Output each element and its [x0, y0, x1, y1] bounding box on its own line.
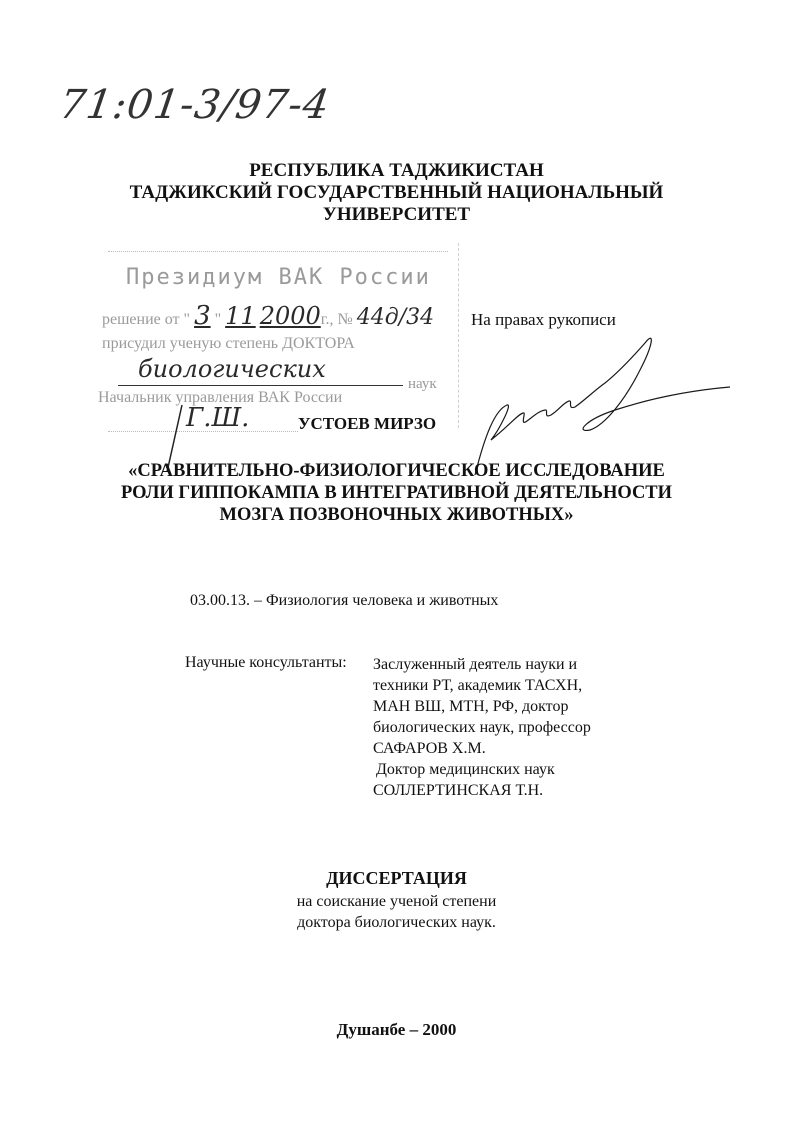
stamp-field: биологических — [138, 355, 326, 383]
specialty-code: 03.00.13. – Физиология человека и животн… — [190, 592, 498, 610]
header-country: РЕСПУБЛИКА ТАДЖИКИСТАН — [0, 160, 793, 182]
title-line-1: «СРАВНИТЕЛЬНО-ФИЗИОЛОГИЧЕСКОЕ ИССЛЕДОВАН… — [0, 460, 793, 482]
dissertation-title: ДИССЕРТАЦИЯ — [0, 868, 793, 889]
consultant-line: СОЛЛЕРТИНСКАЯ Т.Н. — [373, 780, 591, 801]
stamp-decision: решение от " 3 " 11 2000г., № 44д/34 — [102, 301, 434, 331]
header-university: ТАДЖИКСКИЙ ГОСУДАРСТВЕННЫЙ НАЦИОНАЛЬНЫЙ — [0, 182, 793, 204]
consultant-line: биологических наук, профессор — [373, 717, 591, 738]
header-university-cont: УНИВЕРСИТЕТ — [0, 204, 793, 226]
stamp-decision-prefix: решение от " — [102, 311, 190, 328]
consultants-list: Заслуженный деятель науки и техники РТ, … — [373, 654, 591, 801]
stamp-year-suffix: г., № — [321, 311, 353, 328]
stamp-quote: " — [215, 311, 222, 328]
stamp-number: 44д/34 — [357, 305, 434, 330]
dissertation-degree-line-2: доктора биологических наук. — [0, 913, 793, 933]
consultant-line: САФАРОВ Х.М. — [373, 738, 591, 759]
archive-number: 71:01-3/97-4 — [57, 82, 333, 128]
consultant-line: Заслуженный деятель науки и — [373, 654, 591, 675]
consultant-line: МАН ВШ, МТН, РФ, доктор — [373, 696, 591, 717]
stamp-field-suffix: наук — [408, 376, 437, 393]
title-line-2: РОЛИ ГИППОКАМПА В ИНТЕГРАТИВНОЙ ДЕЯТЕЛЬН… — [0, 482, 793, 504]
stamp-presidium: Президиум ВАК России — [126, 265, 431, 290]
stamp-month: 11 — [225, 302, 256, 330]
consultants-label: Научные консультанты: — [185, 654, 347, 672]
consultant-line: техники РТ, академик ТАСХН, — [373, 675, 591, 696]
vak-stamp: Президиум ВАК России решение от " 3 " 11… — [98, 243, 459, 428]
consultant-line: Доктор медицинских наук — [373, 759, 591, 780]
stamp-day: 3 — [194, 301, 211, 331]
stamp-awarded: присудил ученую степень ДОКТОРА — [102, 335, 355, 353]
dissertation-degree-line-1: на соискание ученой степени — [0, 892, 793, 912]
author-name: УСТОЕВ МИРЗО — [298, 414, 436, 434]
city-year: Душанбе – 2000 — [0, 1020, 793, 1040]
stamp-year: 2000 — [260, 302, 321, 330]
title-line-3: МОЗГА ПОЗВОНОЧНЫХ ЖИВОТНЫХ» — [0, 504, 793, 526]
